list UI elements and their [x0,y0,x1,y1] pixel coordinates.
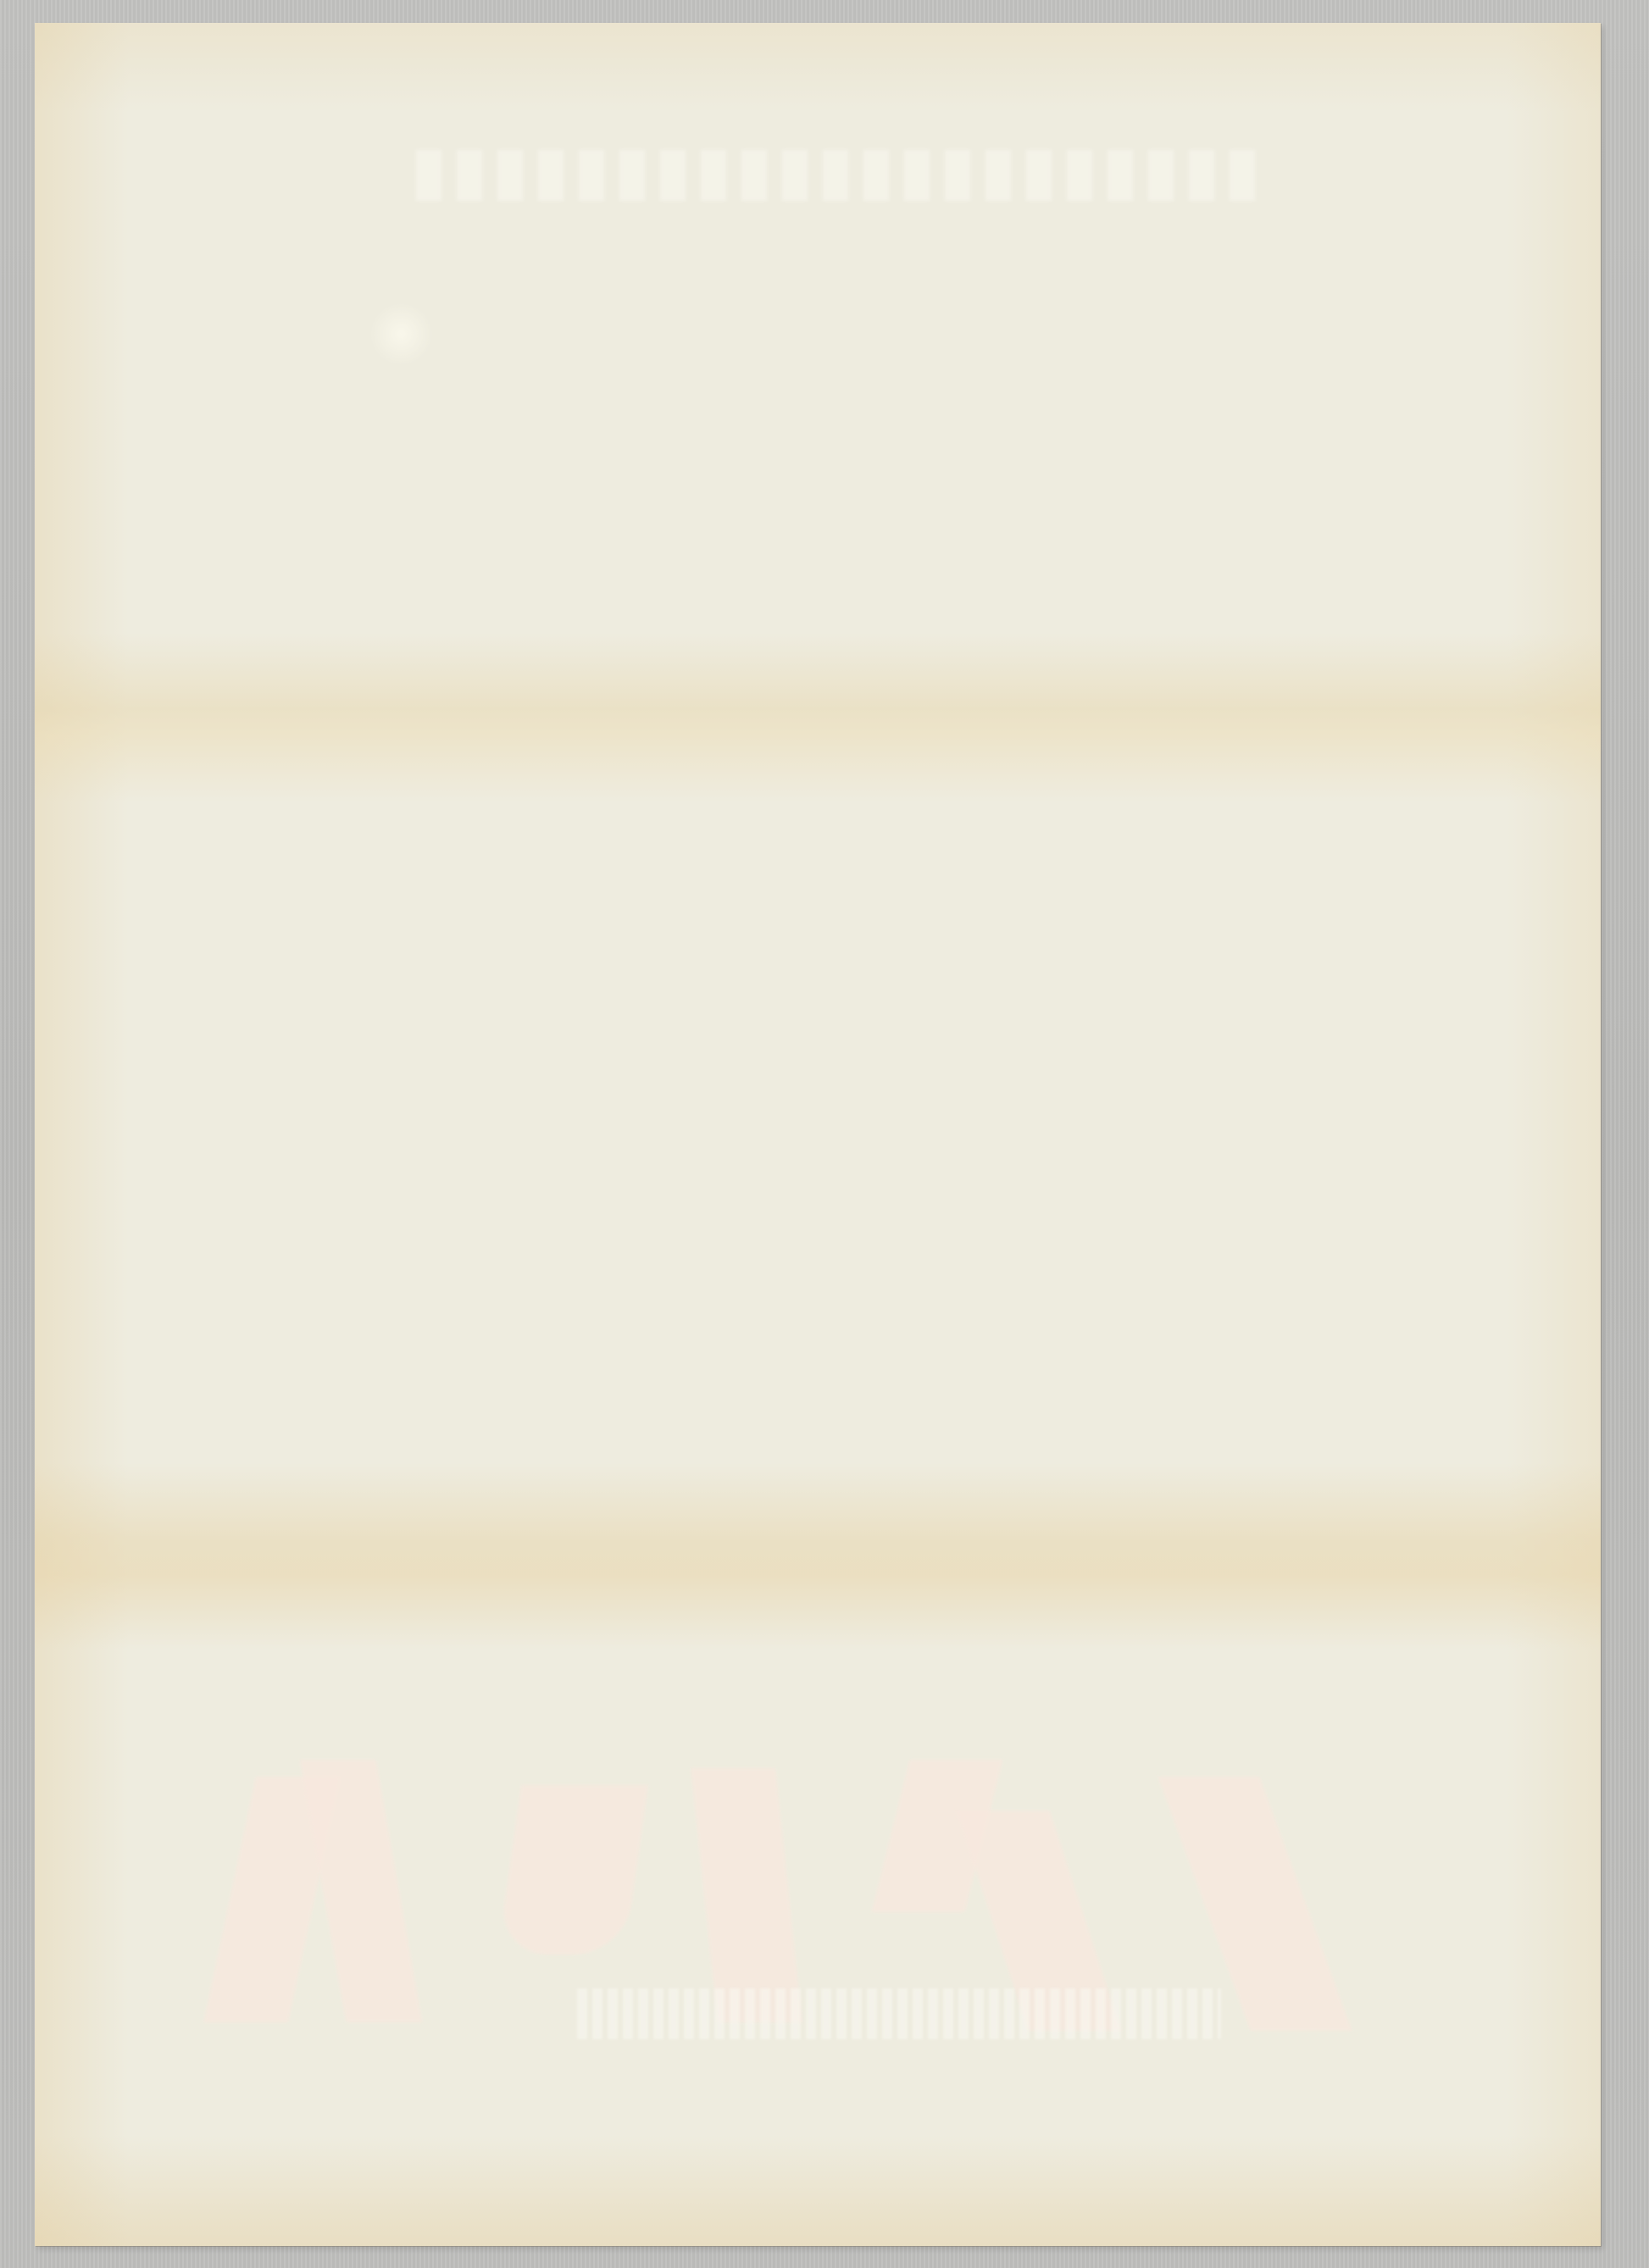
paper-spot [369,302,433,366]
fold-band-upper [35,633,1601,802]
ghost-stroke [691,1768,802,2022]
ghost-stroke [300,1760,423,2022]
bottom-ghost-small-text [577,1988,1221,2039]
fold-band-lower [35,1463,1601,1650]
top-ghost-heading [416,150,1263,201]
ghost-stroke [497,1785,648,1955]
poster-back-sheet [35,23,1601,2246]
